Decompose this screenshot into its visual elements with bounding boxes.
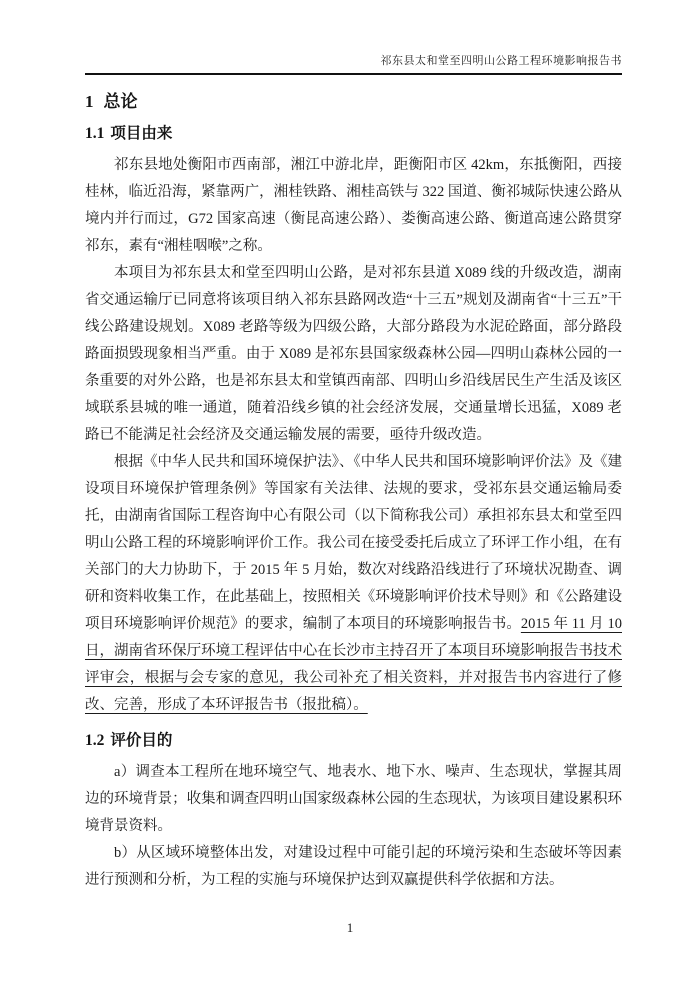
paragraph: 根据《中华人民共和国环境保护法》、《中华人民共和国环境影响评价法》及《建设项目环… — [85, 449, 622, 719]
section-title: 评价目的 — [110, 732, 172, 749]
page-number: 1 — [347, 920, 354, 935]
paragraph: 祁东县地处衡阳市西南部，湘江中游北岸，距衡阳市区 42km，东抵衡阳，西接桂林，… — [85, 152, 622, 260]
section-number: 1.1 — [85, 125, 104, 142]
running-title: 祁东县太和堂至四明山公路工程环境影响报告书 — [381, 55, 623, 67]
chapter-title: 总论 — [104, 92, 138, 111]
page-header: 祁东县太和堂至四明山公路工程环境影响报告书 — [85, 52, 622, 75]
page-footer: 1 — [0, 920, 700, 936]
paragraph: 本项目为祁东县太和堂至四明山公路，是对祁东县道 X089 线的升级改造，湖南省交… — [85, 260, 622, 449]
chapter-heading: 1总论 — [85, 92, 622, 112]
page-body: 1总论 1.1项目由来 祁东县地处衡阳市西南部，湘江中游北岸，距衡阳市区 42k… — [85, 88, 622, 894]
section-number: 1.2 — [85, 732, 104, 749]
section-title: 项目由来 — [110, 125, 172, 142]
paragraph-text: 根据《中华人民共和国环境保护法》、《中华人民共和国环境影响评价法》及《建设项目环… — [85, 454, 622, 632]
paragraph: a）调查本工程所在地环境空气、地表水、地下水、噪声、生态现状，掌握其周边的环境背… — [85, 759, 622, 840]
section-heading-1-1: 1.1项目由来 — [85, 124, 622, 144]
document-page: 祁东县太和堂至四明山公路工程环境影响报告书 1总论 1.1项目由来 祁东县地处衡… — [0, 0, 700, 990]
chapter-number: 1 — [85, 92, 94, 111]
section-heading-1-2: 1.2评价目的 — [85, 731, 622, 751]
paragraph: b）从区域环境整体出发，对建设过程中可能引起的环境污染和生态破坏等因素进行预测和… — [85, 840, 622, 894]
